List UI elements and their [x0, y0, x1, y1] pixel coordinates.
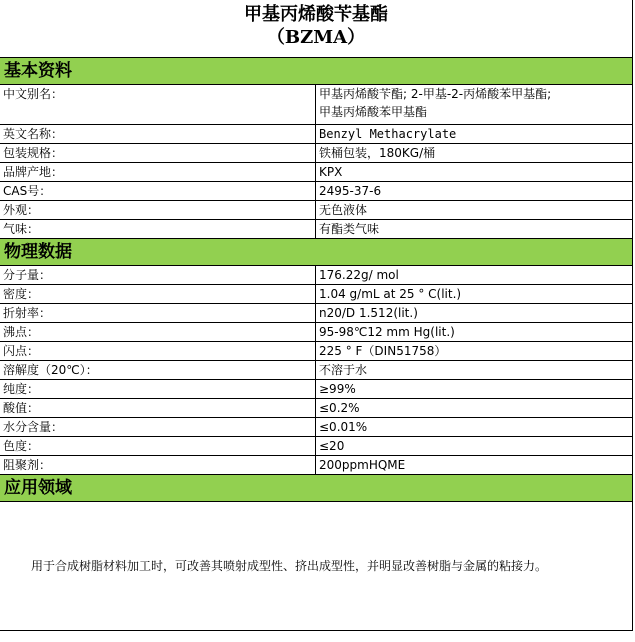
row-label: 英文名称： [0, 125, 316, 143]
row-value: 铁桶包装，180KG/桶 [316, 144, 632, 162]
section-header-basic: 基本资料 [0, 58, 632, 85]
row-label: 水分含量： [0, 418, 316, 436]
table-row: 品牌产地： KPX [0, 163, 632, 182]
table-row: 酸值： ≤0.2% [0, 399, 632, 418]
row-label: 密度： [0, 285, 316, 303]
row-label: 阻聚剂： [0, 456, 316, 474]
row-label: 折射率： [0, 304, 316, 322]
table-row: 外观： 无色液体 [0, 201, 632, 220]
table-row: 折射率： n20/D 1.512(lit.) [0, 304, 632, 323]
table-row: 色度： ≤20 [0, 437, 632, 456]
row-value: 1.04 g/mL at 25 ° C(lit.) [316, 285, 632, 303]
table-row: 英文名称： Benzyl Methacrylate [0, 125, 632, 144]
row-value: Benzyl Methacrylate [316, 125, 632, 143]
row-label: 沸点： [0, 323, 316, 341]
section-header-application: 应用领域 [0, 475, 632, 502]
row-value: ≤20 [316, 437, 632, 455]
table-row: 气味： 有酯类气味 [0, 220, 632, 239]
row-label: 酸值： [0, 399, 316, 417]
section-header-physical: 物理数据 [0, 239, 632, 266]
row-value: 176.22g/ mol [316, 266, 632, 284]
table-row: 中文别名： 甲基丙烯酸苄酯; 2-甲基-2-丙烯酸苯甲基酯; 甲基丙烯酸苯甲基酯 [0, 85, 632, 125]
row-value: ≤0.01% [316, 418, 632, 436]
table-row: 包装规格： 铁桶包装，180KG/桶 [0, 144, 632, 163]
row-label: 纯度： [0, 380, 316, 398]
row-label: 溶解度（20℃）： [0, 361, 316, 379]
row-value: 225 ° F（DIN51758） [316, 342, 632, 360]
row-value: 甲基丙烯酸苄酯; 2-甲基-2-丙烯酸苯甲基酯; 甲基丙烯酸苯甲基酯 [316, 85, 632, 124]
row-value: 无色液体 [316, 201, 632, 219]
row-value: 不溶于水 [316, 361, 632, 379]
row-label: 中文别名： [0, 85, 316, 124]
row-label: 外观： [0, 201, 316, 219]
product-abbreviation: （BZMA） [0, 26, 632, 50]
row-value: 有酯类气味 [316, 220, 632, 238]
table-row: 纯度： ≥99% [0, 380, 632, 399]
title-block: 甲基丙烯酸苄基酯 （BZMA） [0, 0, 632, 58]
product-title: 甲基丙烯酸苄基酯 [0, 0, 632, 26]
row-label: 品牌产地： [0, 163, 316, 181]
table-row: 阻聚剂： 200ppmHQME [0, 456, 632, 475]
row-label: 色度： [0, 437, 316, 455]
row-value: n20/D 1.512(lit.) [316, 304, 632, 322]
row-value: ≤0.2% [316, 399, 632, 417]
table-row: 沸点： 95-98℃12 mm Hg(lit.) [0, 323, 632, 342]
row-label: 气味： [0, 220, 316, 238]
row-label: 包装规格： [0, 144, 316, 162]
table-row: 分子量： 176.22g/ mol [0, 266, 632, 285]
table-row: 溶解度（20℃）： 不溶于水 [0, 361, 632, 380]
row-value: ≥99% [316, 380, 632, 398]
row-value: KPX [316, 163, 632, 181]
table-row: 密度： 1.04 g/mL at 25 ° C(lit.) [0, 285, 632, 304]
row-value: 2495-37-6 [316, 182, 632, 200]
table-row: 水分含量： ≤0.01% [0, 418, 632, 437]
table-row: 闪点： 225 ° F（DIN51758） [0, 342, 632, 361]
table-row: CAS号： 2495-37-6 [0, 182, 632, 201]
row-label: 闪点： [0, 342, 316, 360]
row-label: 分子量： [0, 266, 316, 284]
row-value: 95-98℃12 mm Hg(lit.) [316, 323, 632, 341]
row-value: 200ppmHQME [316, 456, 632, 474]
application-text: 用于合成树脂材料加工时，可改善其喷射成型性、挤出成型性，并明显改善树脂与金属的粘… [3, 556, 623, 576]
application-body: 用于合成树脂材料加工时，可改善其喷射成型性、挤出成型性，并明显改善树脂与金属的粘… [0, 502, 632, 630]
product-datasheet: 甲基丙烯酸苄基酯 （BZMA） 基本资料 中文别名： 甲基丙烯酸苄酯; 2-甲基… [0, 0, 633, 631]
row-label: CAS号： [0, 182, 316, 200]
